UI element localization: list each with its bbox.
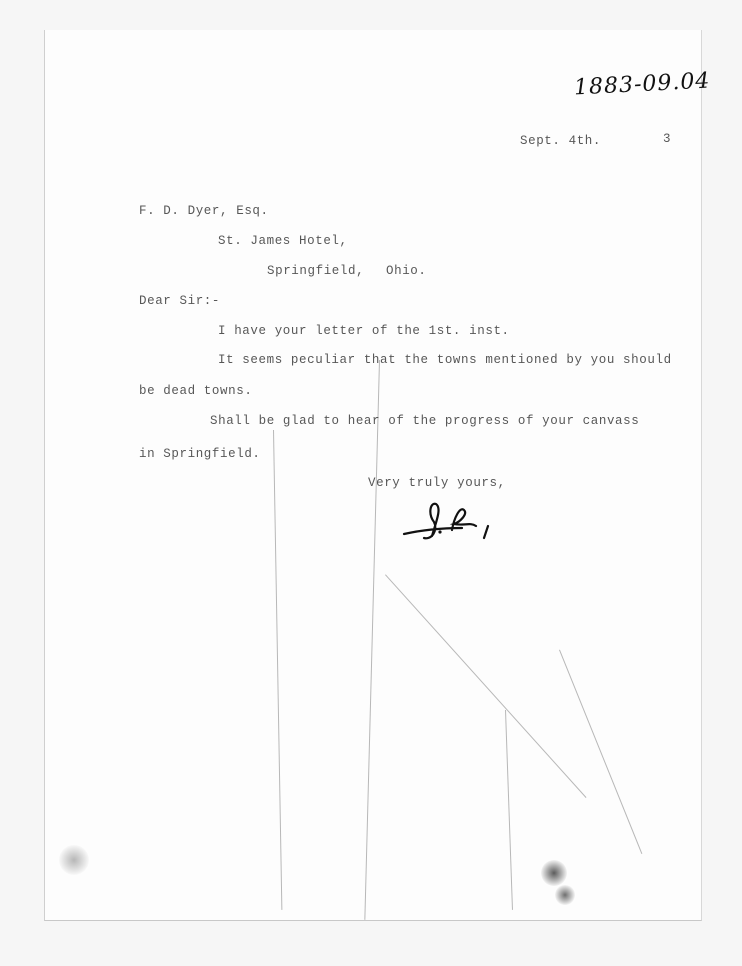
date-line: Sept. 4th.	[520, 134, 601, 148]
paper-crease	[505, 710, 513, 910]
body-line-2: It seems peculiar that the towns mention…	[218, 353, 672, 367]
stain-mark	[555, 885, 575, 905]
recipient-address-line1: St. James Hotel,	[218, 234, 348, 248]
body-line-5: in Springfield.	[139, 447, 261, 461]
closing: Very truly yours,	[368, 476, 506, 490]
page-number: 3	[663, 132, 671, 146]
body-line-3: be dead towns.	[139, 384, 252, 398]
paper-crease	[364, 360, 380, 920]
body-line-1: I have your letter of the 1st. inst.	[218, 324, 510, 338]
recipient-city: Springfield,	[267, 264, 364, 278]
paper-crease	[273, 430, 282, 910]
body-line-4: Shall be glad to hear of the progress of…	[210, 414, 639, 428]
stain-mark	[541, 860, 567, 886]
paper-crease	[385, 574, 586, 798]
recipient-name: F. D. Dyer, Esq.	[139, 204, 269, 218]
recipient-state: Ohio.	[386, 264, 427, 278]
paper-crease	[559, 650, 642, 854]
signature	[402, 500, 498, 546]
stain-mark	[59, 845, 89, 875]
salutation: Dear Sir:-	[139, 294, 220, 308]
